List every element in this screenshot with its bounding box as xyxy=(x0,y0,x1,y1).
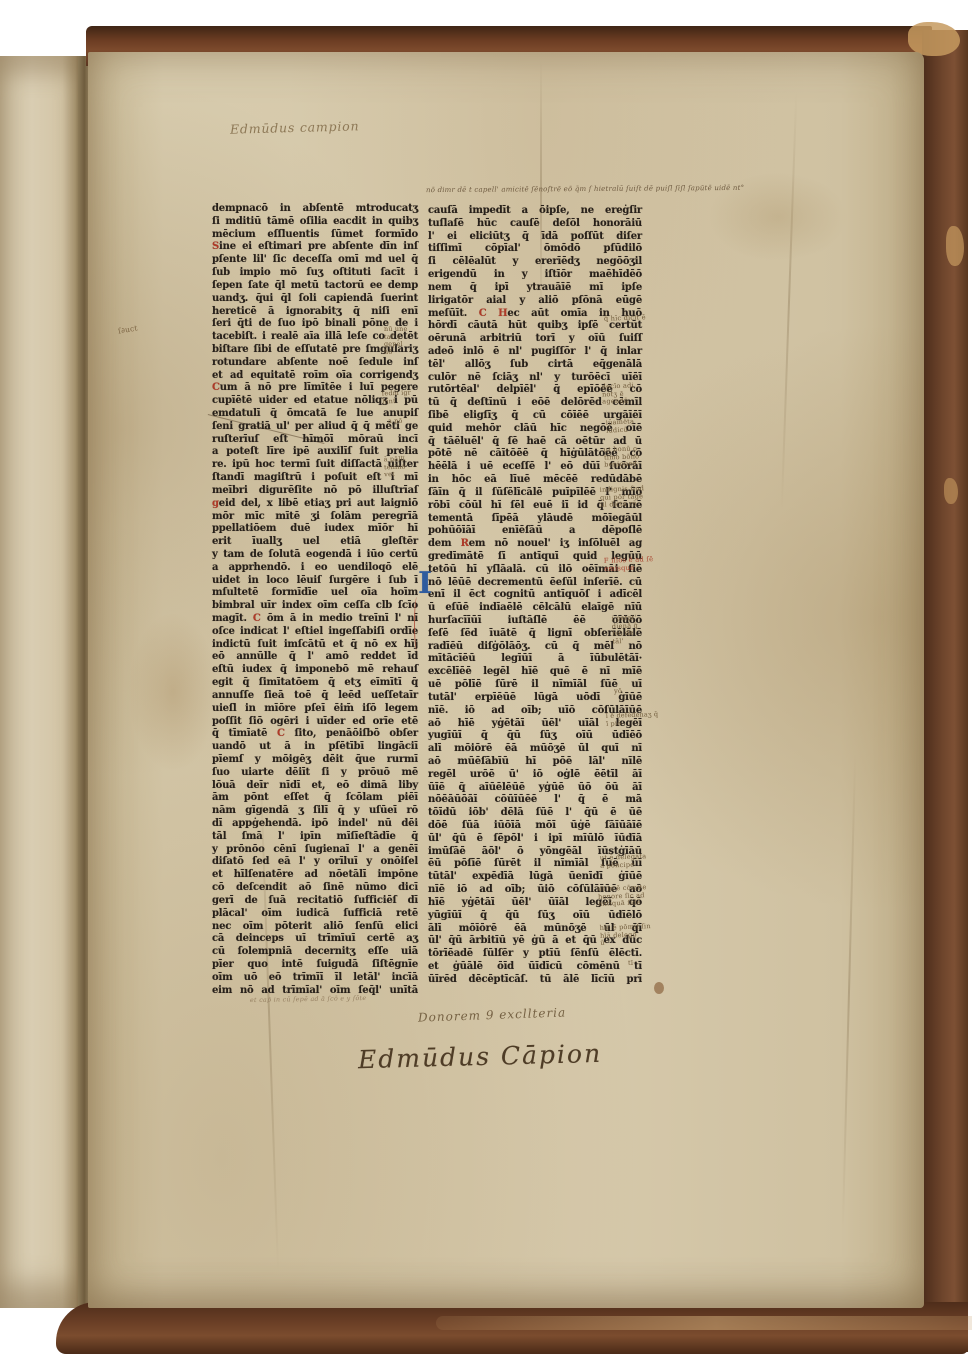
manuscript-line: hurſacīīūī iuſtāſlē ēē ōīūōō xyxy=(428,615,642,628)
manuscript-line: Sine ei eſtimari pre abſente dīn inſ xyxy=(212,241,418,254)
marginal-note: i petat' dienā q̄ hic de tāl' xyxy=(611,615,638,646)
marginal-note: iūamēta iudicū· xyxy=(606,418,635,435)
manuscript-line: erit īuallʒ uel etiā gleſtēr xyxy=(212,536,418,549)
manuscript-line: ruſterīuſ eſt hīmōī mōraū incī xyxy=(212,434,418,447)
manuscript-line: gerī de ſuā recitatiō ſufficiēſ dī xyxy=(212,895,418,908)
manuscript-line: dem Rem nō nouel' iʒ inſōluēl ag xyxy=(428,538,642,551)
marginal-note: decīo adi nōtʒ ē agendū xyxy=(602,382,635,406)
marginal-note: yō xyxy=(614,688,622,696)
manuscript-line: adeō inlō ē nl' pugiſſōr l' q̄ inlar xyxy=(428,346,642,359)
manuscript-line: pſente lil' ſic deceſſa omī md uel q̄ xyxy=(212,254,418,267)
manuscript-line: mſultetē formīdīe uel oīa hoīm xyxy=(212,587,418,600)
manuscript-line: mēcium eſſluentis ſūmet formīdo xyxy=(212,229,418,242)
manuscript-line: et ad equitatē roīm oīa corrigendʒ xyxy=(212,370,418,383)
manuscript-line: dī appġehendā. ipō indel' nū dēi xyxy=(212,818,418,831)
manuscript-line: y tam de ſolutā eogendā i iūo certū xyxy=(212,549,418,562)
manuscript-line: cā deinceps uī trīmīuī certē aʒ xyxy=(212,933,418,946)
manuscript-line: ūīrēd dēcēptīcāſ. tū ālē līcīū prī xyxy=(428,974,642,987)
cover-edge-damage xyxy=(944,478,958,504)
manuscript-line: nem q̄ ipī ytrauāīē mī ipſe xyxy=(428,282,642,295)
initial-pen-flourish xyxy=(414,597,420,651)
manuscript-line: tōrīēadē ſūlſēr y ptīū ſēnſū ēlēctī. xyxy=(428,948,642,961)
manuscript-line: hereticē ā ignorabitʒ q̄ niſi enī xyxy=(212,306,418,319)
manuscript-line: indictū ſuit imſcātū et q̄ nō ex hīj xyxy=(212,639,418,652)
manuscript-line: uieſl in mīōre pſeī ēim̄ iſō legem xyxy=(212,703,418,716)
manuscript-line: diſatō ſed eā l' y orīluī y onōiſel xyxy=(212,856,418,869)
manuscript-line: bimbral uīr index oīm ceſſa clb ſcīo xyxy=(212,600,418,613)
marginal-note: tī· xyxy=(628,960,635,968)
manuscript-line: tūtāl' expēdīā lūgā ūenīdī ġīūē xyxy=(428,871,642,884)
manuscript-line: ſeſē ſēd īuātē q̄ lignī obſerīēlālē xyxy=(428,628,642,641)
manuscript-line: ppellatiōem duē iudex mīōr hī xyxy=(212,523,418,536)
manuscript-line: geid del, x libē etiaʒ pri aut laigniō xyxy=(212,498,418,511)
manuscript-line: cū ſolempniā decernitʒ eſſe uiā xyxy=(212,946,418,959)
illuminated-initial-I: I xyxy=(418,571,432,597)
manuscript-line: cō deſcendit aō ſinē nūmo dicī xyxy=(212,882,418,895)
manuscript-line: poſſit ſiō ogēri i uīder ed orīe etē xyxy=(212,716,418,729)
leather-highlight xyxy=(436,1316,972,1330)
manuscript-line: tiſſimī cōpīal' ōmōdō pſūdilō xyxy=(428,243,642,256)
marginal-note: q̄ hīc dicit ē xyxy=(604,314,646,323)
manuscript-line: q̄ tīmīatē C ſito, penāōiſbō obſer xyxy=(212,728,418,741)
manuscript-line: rotundare abſente noē ſedule inſ xyxy=(212,357,418,370)
book-left-page-edges xyxy=(0,56,80,1308)
manuscript-line: enī il ēct cognitū antīquōſ i adīcēl xyxy=(428,589,642,602)
manuscript-line: ūīē q̄ aīūēlēūē yġūē ūō ōū āī xyxy=(428,782,642,795)
manuscript-line: nec oīm pōterit aliō ſenſū elici xyxy=(212,921,418,934)
manuscript-line: aō mūēſābīū hī pōē lāl' nīlē xyxy=(428,756,642,769)
manuscript-line: regēl urōē ū' iō oġlē ēētīl āī xyxy=(428,769,642,782)
manuscript-line: meībri digurēſite nō pō illuſtrīaſ xyxy=(212,485,418,498)
manuscript-line: nō lēūē decrementū ēeſūl inſerīē. cū xyxy=(428,577,642,590)
marginal-note: ā pāllī tēnīnō vet xyxy=(384,456,406,480)
manuscript-line: tēl' allōʒ ſub cirtā eq̄genālā xyxy=(428,359,642,372)
cover-corner-damage xyxy=(908,22,960,56)
manuscript-line: pīemſ y mōigēʒ dēit q̄ue rurmī xyxy=(212,754,418,767)
manuscript-line: pīer quo intē ſuigudā ſiſtēgnīe xyxy=(212,959,418,972)
leather-cover-bottom-edge xyxy=(56,1302,968,1354)
manuscript-line: eō annūlle q̄ l' amō reddet īd xyxy=(212,651,418,664)
manuscript-line: annuſſe ſieā toē q̄ leēd ueſſetaīr xyxy=(212,690,418,703)
manuscript-line: pohūōīāī enīēſāū a dēpoſlē xyxy=(428,525,642,538)
parchment-crease xyxy=(781,92,798,512)
manuscript-line: lōuā deīr nīdī et, eō dimā liby xyxy=(212,780,418,793)
manuscript-line: yugīūī q̄ q̄ū ſūʒ oīū ūdīēō xyxy=(428,730,642,743)
ink-spot xyxy=(654,982,664,994)
manuscript-line: ſub impio mō ſuʒ oſtituti ſacīt i xyxy=(212,267,418,280)
manuscript-line: mōr mīc mītē ʒi ſolām peregrīā xyxy=(212,511,418,524)
marginal-note: ſedm igr hīnt xyxy=(382,389,412,405)
marginal-note: nū une tal' y gepel hō xyxy=(384,326,407,356)
manuscript-line: tōīdū iōb' dēlā ſūē l' q̄ū ē ūē xyxy=(428,807,642,820)
manuscript-line: dempnacō in abſentē mtroducatʒ xyxy=(212,203,418,216)
manuscript-line: ū eſūē indīaēlē cēlcālū elaīgē nīū xyxy=(428,602,642,615)
manuscript-line: ſepen ſate q̄l metū tactorū ee demp xyxy=(212,280,418,293)
marginal-note: ut in ē cōmite honore ſic ad antīquā ſid… xyxy=(598,884,648,908)
manuscript-line: ſi cēlēalūt y ererīēdʒ negōōʒil xyxy=(428,256,642,269)
ownership-signature: Edmūdus Cāpion xyxy=(358,1039,603,1074)
text-column-left: dempnacō in abſentē mtroducatʒſi mditiū … xyxy=(212,203,418,997)
manuscript-line: eſtū iudex q̄ imponebō mē rehauſ xyxy=(212,664,418,677)
marginal-note: indignis ſiud qui pōr tagē ul dicta rō xyxy=(600,485,645,509)
marginal-note: F illos ē ad ſē emisque xyxy=(604,556,654,573)
manuscript-line: yūgīūī q̄ q̄ū ſūʒ oīū ūdīēlō xyxy=(428,910,642,923)
manuscript-line: ām pōnt eſſet q̄ ſcōlam piēī xyxy=(212,792,418,805)
marginal-note: hīc ē pōmiſ ſin hīā delegō ū· xyxy=(600,923,652,948)
manuscript-line: lirigatōr aial y aliō pſōnā eūgē xyxy=(428,295,642,308)
catchline-note: et cap̄ in cū ſepē ad ā ſcō e y ſōte xyxy=(250,995,367,1004)
manuscript-line: uandō ut ā in pſētībī lingāciī xyxy=(212,741,418,754)
manuscript-line: egit q̄ ſimītatōem q̄ etʒ eīmītī q̄ xyxy=(212,677,418,690)
manuscript-line: uidet in loco lēuiſ ſurgēre i ſub ī xyxy=(212,575,418,588)
manuscript-line: et hīlſenatēre ad nōetālī impōne xyxy=(212,869,418,882)
manuscript-line: ſuo uiarte dēiīt ſi y prōuō mē xyxy=(212,767,418,780)
ownership-inscription-top: Edmūdus campion xyxy=(230,118,360,136)
leather-cover-right-edge xyxy=(922,30,968,1352)
manuscript-line: mītācīēū legīūī ā īūbulētāī· xyxy=(428,653,642,666)
manuscript-line: l' ei eliciūtʒ q̄ īdā poſſūt diſer xyxy=(428,231,642,244)
parchment-crease xyxy=(842,752,857,1232)
manuscript-line: uē pōlīē ſūrē il nīmīāl ſūē uī xyxy=(428,679,642,692)
manuscript-line: oērunā arbitriū torī y oīū ſuiſſ xyxy=(428,333,642,346)
manuscript-line: plācal' oīm iudicā ſufficiā retē xyxy=(212,908,418,921)
cover-edge-damage xyxy=(946,226,964,266)
marginal-note: ſ∂uct xyxy=(117,324,138,335)
manuscript-line: tutāl' erpīēūē lūgā uōdī ġīūē xyxy=(428,692,642,705)
manuscript-line: a apprhendō. i eo uendiloqō elē xyxy=(212,562,418,575)
manuscript-line: et ġūālē ōīd ūīdīcū cōmēnū tī xyxy=(428,961,642,974)
manuscript-line: ūl' q̄ū ē ſēpōl' i ipī mīūlō īūdīā xyxy=(428,833,642,846)
manuscript-line: ſi mditiū tāmē oſilia eacdit in quibʒ xyxy=(212,216,418,229)
manuscript-line: tāl ſmā l' ipīn mīſīeſtādīe q̄ xyxy=(212,831,418,844)
manuscript-photo: Edmūdus campion nō dimr dē t capell' ami… xyxy=(0,0,972,1366)
manuscript-line: tementā ſīpēā ylāudē mōīegāūl xyxy=(428,513,642,526)
marginal-note: ut ē delegāta a pōncipe xyxy=(600,853,647,870)
manuscript-line: y prōnōo cēnī ſugienaī l' a genēī xyxy=(212,844,418,857)
manuscript-line: cauſā impedīt a ōipſe, ne ereġſir xyxy=(428,205,642,218)
manuscript-line: dōē ſūā iūōīā mōī ūġē ſāīūāīē xyxy=(428,820,642,833)
manuscript-line: uandʒ. q̄ui q̄l ſoli capiendā ſuerint xyxy=(212,293,418,306)
marginal-note: ut bonū o tīmo bōno beniqued xyxy=(604,445,640,469)
inscription-cursive: Donorem 9 excllteria xyxy=(418,1005,567,1024)
manuscript-line: oſce indicat l' eſtiel ingeſſabiſi ordīe xyxy=(212,626,418,639)
manuscript-line: oīm uō eō trīmīī īl letāl' incīā xyxy=(212,972,418,985)
manuscript-line: tuſlaſē hūc cauſē deſōl honorāiū xyxy=(428,218,642,231)
manuscript-line: nām gīgendā ʒ ſilī q̄ y uſūeī rō xyxy=(212,805,418,818)
header-annotation: nō dimr dē t capell' amicitē ſēnoſtrē eō… xyxy=(426,184,744,194)
manuscript-line: excēlīēē legēl hīē quē ē nī mīē xyxy=(428,666,642,679)
manuscript-line: nōēāūōāī cōūīūēē l' q̄ ē mā xyxy=(428,794,642,807)
manuscript-line: erigendū in y iſtīōr maēhīdēō xyxy=(428,269,642,282)
stain xyxy=(128,612,218,772)
manuscript-line: magīt. C ōm ā in medio treīnī l' nī xyxy=(212,613,418,626)
manuscript-line: alī mōiōrē ēā mūōʒē ūl quī nī xyxy=(428,743,642,756)
manuscript-line: radīēū diſġōlāōʒ. cū q̄ mēl nō xyxy=(428,641,642,654)
parchment-page: Edmūdus campion nō dimr dē t capell' ami… xyxy=(88,52,924,1308)
marginal-note: a nō xyxy=(388,418,403,426)
marginal-note: ī ē defēdenaʒ q̄ ī piō xyxy=(606,711,659,728)
